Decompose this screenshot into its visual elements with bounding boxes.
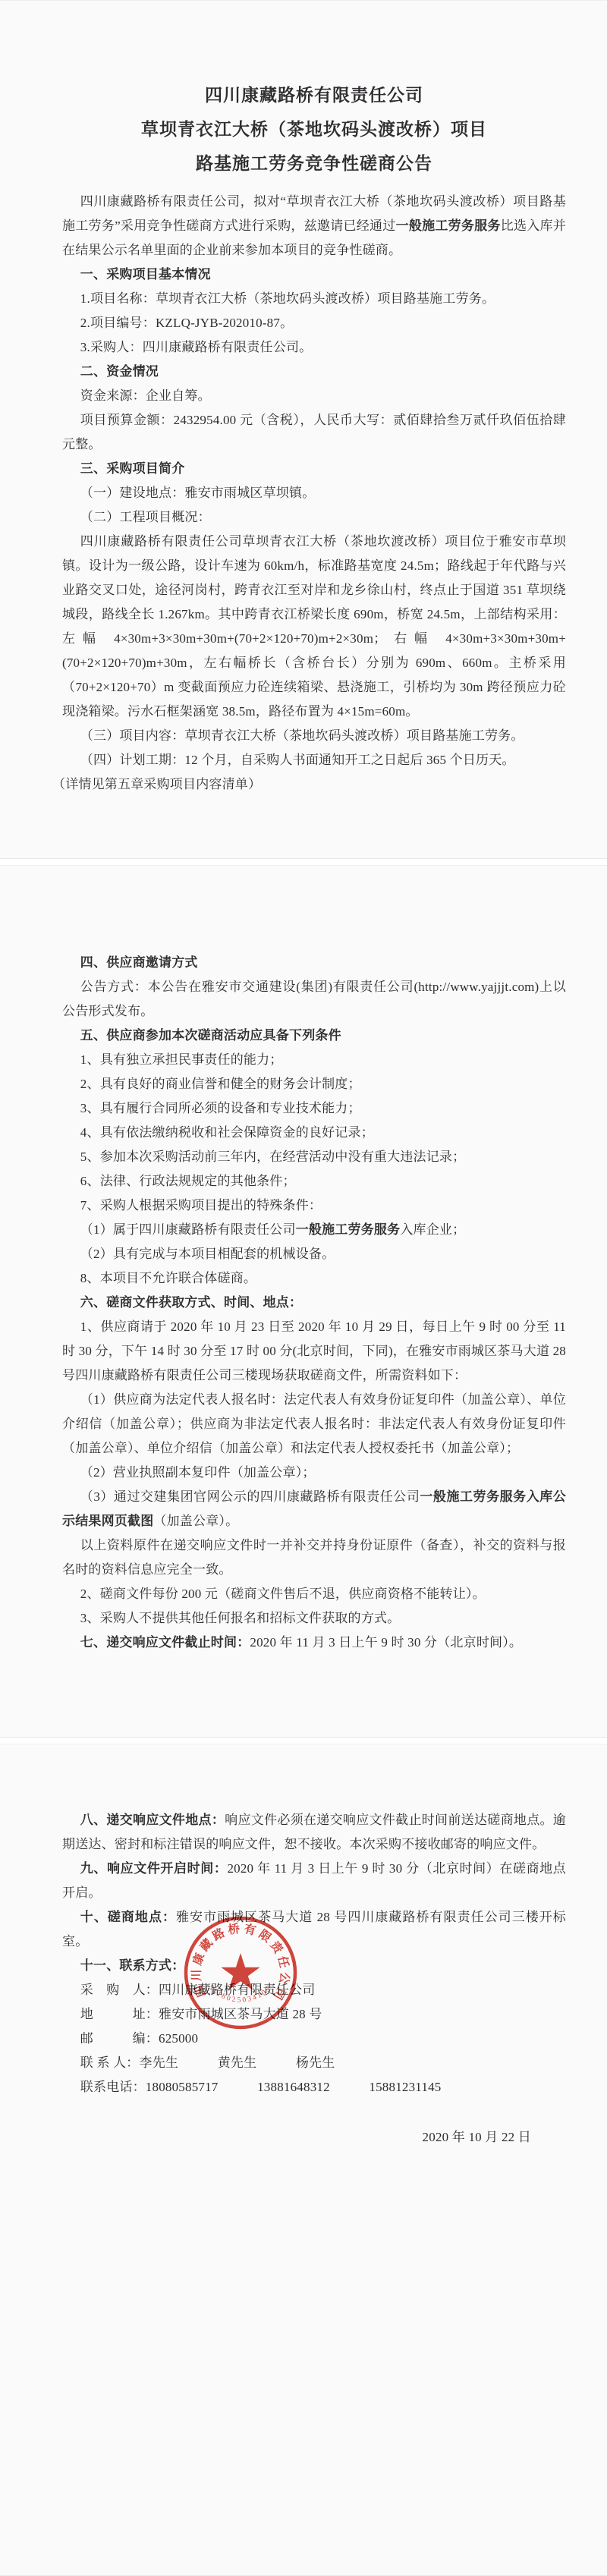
paragraph: 以上资料原件在递交响应文件时一并补交并持身份证原件（备查），补交的资料与报名时的… (62, 1533, 566, 1582)
condition-subitem: （2）具有完成与本项目相配套的机械设备。 (62, 1242, 566, 1266)
project-overview-paragraph: 四川康藏路桥有限责任公司草坝青衣江大桥（茶地坎渡改桥）项目位于雅安市草坝镇。设计… (62, 530, 566, 724)
paragraph: 3、采购人不提供其他任何报名和招标文件获取的方式。 (62, 1606, 566, 1631)
paragraph: 资金来源：企业自筹。 (62, 384, 566, 408)
paragraph: 1.项目名称：草坝青衣江大桥（茶地坎码头渡改桥）项目路基施工劳务。 (62, 287, 566, 311)
contact-line-persons: 联 系 人：李先生 黄先生 杨先生 (62, 2051, 566, 2075)
contact-line-phones: 联系电话：18080585717 13881648312 15881231145 (62, 2075, 566, 2099)
paragraph: 2、磋商文件每份 200 元（磋商文件售后不退，供应商资格不能转让）。 (62, 1582, 566, 1606)
paragraph: （1）供应商为法定代表人报名时：法定代表人有效身份证复印件（加盖公章）、单位介绍… (62, 1388, 566, 1461)
condition-item: 6、法律、行政法规规定的其他条件； (62, 1169, 566, 1194)
section-heading: 四、供应商邀请方式 (62, 951, 566, 975)
section-heading: 六、磋商文件获取方式、时间、地点： (62, 1291, 566, 1315)
paragraph: （2）营业执照副本复印件（加盖公章）； (62, 1461, 566, 1485)
contact-line-purchaser: 采 购 人：四川康藏路桥有限责任公司 (62, 1978, 566, 2002)
condition-subitem: （1）属于四川康藏路桥有限责任公司一般施工劳务服务入库企业； (62, 1218, 566, 1242)
section-heading: 十一、联系方式： (62, 1954, 566, 1978)
paragraph: 1、供应商请于 2020 年 10 月 23 日至 2020 年 10 月 29… (62, 1315, 566, 1388)
doc-title-line: 四川康藏路桥有限责任公司 (62, 78, 566, 112)
doc-title-line: 路基施工劳务竞争性磋商公告 (62, 146, 566, 181)
page-gap (0, 1738, 607, 1744)
contact-line-address: 地 址：雅安市雨城区茶马大道 28 号 (62, 2002, 566, 2027)
page-gap (0, 859, 607, 865)
doc-title-line: 草坝青衣江大桥（茶地坎码头渡改桥）项目 (62, 112, 566, 146)
condition-item: 2、具有良好的商业信誉和健全的财务会计制度； (62, 1072, 566, 1096)
paragraph: （详情见第五章采购项目内容清单） (52, 772, 566, 797)
section-heading: 七、递交响应文件截止时间：2020 年 11 月 3 日上午 9 时 30 分（… (62, 1631, 566, 1655)
document-page-1: 四川康藏路桥有限责任公司草坝青衣江大桥（茶地坎码头渡改桥）项目路基施工劳务竞争性… (0, 0, 607, 859)
condition-item: 8、本项目不允许联合体磋商。 (62, 1266, 566, 1291)
section-heading: 十、磋商地点：雅安市雨城区茶马大道 28 号四川康藏路桥有限责任公司三楼开标室。 (62, 1905, 566, 1954)
intro-paragraph: 四川康藏路桥有限责任公司，拟对“草坝青衣江大桥（茶地坎码头渡改桥）项目路基施工劳… (62, 190, 566, 263)
section-heading: 五、供应商参加本次磋商活动应具备下列条件 (62, 1024, 566, 1048)
condition-item: 3、具有履行合同所必须的设备和专业技术能力； (62, 1096, 566, 1121)
paragraph: （一）建设地点：雅安市雨城区草坝镇。 (62, 481, 566, 505)
paragraph: 2.项目编号：KZLQ-JYB-202010-87。 (62, 311, 566, 335)
contact-line-postcode: 邮 编：625000 (62, 2027, 566, 2051)
condition-item: 1、具有独立承担民事责任的能力； (62, 1048, 566, 1072)
condition-item: 4、具有依法缴纳税收和社会保障资金的良好记录； (62, 1121, 566, 1145)
paragraph: （四）计划工期：12 个月，自采购人书面通知开工之日起后 365 个日历天。 (62, 748, 566, 772)
condition-item: 7、采购人根据采购项目提出的特殊条件： (62, 1194, 566, 1218)
date-line: 2020 年 10 月 22 日 (62, 2125, 566, 2150)
condition-item: 5、参加本次采购活动前三年内，在经营活动中没有重大违法记录； (62, 1145, 566, 1169)
paragraph: （3）通过交建集团官网公示的四川康藏路桥有限责任公司一般施工劳务服务入库公示结果… (62, 1485, 566, 1533)
paragraph: （三）项目内容：草坝青衣江大桥（茶地坎码头渡改桥）项目路基施工劳务。 (62, 724, 566, 748)
document-page-3: 四川康藏路桥有限责任公司 5118025034105 八、递交响应文件地点：响应… (0, 1744, 607, 2576)
section-heading: 一、采购项目基本情况 (62, 263, 566, 287)
paragraph: 3.采购人：四川康藏路桥有限责任公司。 (62, 335, 566, 360)
section-heading: 九、响应文件开启时间：2020 年 11 月 3 日上午 9 时 30 分（北京… (62, 1857, 566, 1905)
paragraph: 公告方式：本公告在雅安市交通建设(集团)有限责任公司(http://www.ya… (62, 975, 566, 1024)
paragraph: （二）工程项目概况： (62, 505, 566, 530)
section-heading: 八、递交响应文件地点：响应文件必须在递交响应文件截止时间前送达磋商地点。逾期送达… (62, 1808, 566, 1857)
document-page-2: 四、供应商邀请方式公告方式：本公告在雅安市交通建设(集团)有限责任公司(http… (0, 865, 607, 1738)
section-heading: 三、采购项目简介 (62, 457, 566, 481)
section-heading: 二、资金情况 (62, 360, 566, 384)
paragraph: 项目预算金额：2432954.00 元（含税），人民币大写：贰佰肆拾叁万贰仟玖佰… (62, 408, 566, 457)
